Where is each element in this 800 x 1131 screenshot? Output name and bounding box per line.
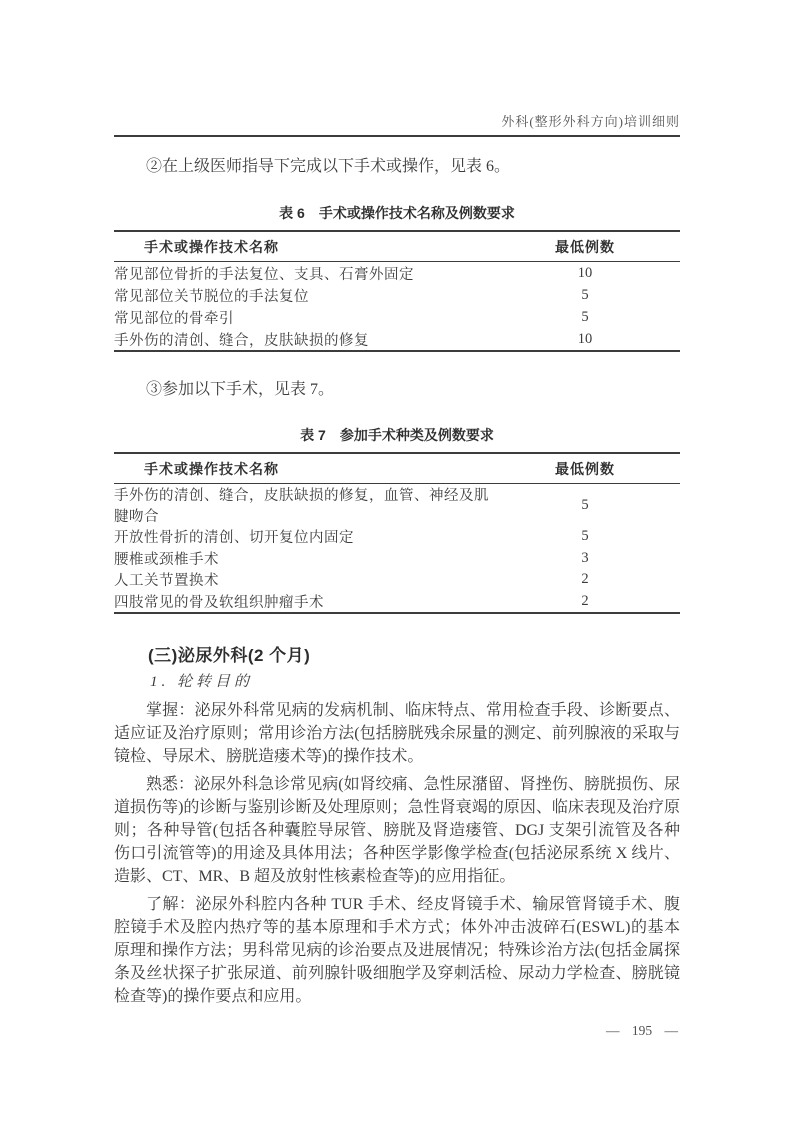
page-number: — 195 — <box>114 1022 680 1039</box>
paragraph-understand: 了解：泌尿外科腔内各种 TUR 手术、经皮肾镜手术、输尿管肾镜手术、腹腔镜手术及… <box>114 893 680 1008</box>
header-rule <box>114 135 680 137</box>
table7-title: 表 7 参加手术种类及例数要求 <box>114 427 680 444</box>
table7-header-row: 手术或操作技术名称 最低例数 <box>114 453 680 484</box>
table-row: 人工关节置换术 2 <box>114 569 680 591</box>
min-cases-value: 5 <box>490 484 680 527</box>
running-head: 外科(整形外科方向)培训细则 <box>114 0 680 131</box>
min-cases-value: 3 <box>490 548 680 570</box>
min-cases-value: 10 <box>490 262 680 285</box>
procedure-name: 手外伤的清创、缝合，皮肤缺损的修复，血管、神经及肌腱吻合 <box>114 484 490 527</box>
column-header-procedure: 手术或操作技术名称 <box>114 453 490 484</box>
table-row: 常见部位的骨牵引 5 <box>114 306 680 328</box>
min-cases-value: 5 <box>490 526 680 548</box>
table-row: 开放性骨折的清创、切开复位内固定 5 <box>114 526 680 548</box>
table6-title: 表 6 手术或操作技术名称及例数要求 <box>114 205 680 222</box>
table-row: 常见部位骨折的手法复位、支具、石膏外固定 10 <box>114 262 680 285</box>
subsection-heading-rotation-purpose: 1. 轮转目的 <box>114 673 680 692</box>
paragraph-familiar: 熟悉：泌尿外科急诊常见病(如肾绞痛、急性尿潴留、肾挫伤、膀胱损伤、尿道损伤等)的… <box>114 773 680 888</box>
page-number-text: — 195 — <box>606 1023 678 1038</box>
table-row: 手外伤的清创、缝合，皮肤缺损的修复 10 <box>114 328 680 351</box>
table6: 手术或操作技术名称 最低例数 常见部位骨折的手法复位、支具、石膏外固定 10 常… <box>114 230 680 352</box>
section-heading-urology: (三)泌尿外科(2 个月) <box>114 646 680 666</box>
intro-paragraph-table7: ③参加以下手术，见表 7。 <box>114 378 680 401</box>
min-cases-value: 2 <box>490 569 680 591</box>
min-cases-value: 2 <box>490 591 680 614</box>
procedure-name: 开放性骨折的清创、切开复位内固定 <box>114 526 490 548</box>
table-row: 四肢常见的骨及软组织肿瘤手术 2 <box>114 591 680 614</box>
min-cases-value: 5 <box>490 284 680 306</box>
procedure-name: 常见部位骨折的手法复位、支具、石膏外固定 <box>114 262 490 285</box>
procedure-name: 常见部位的骨牵引 <box>114 306 490 328</box>
document-page: 外科(整形外科方向)培训细则 ②在上级医师指导下完成以下手术或操作，见表 6。 … <box>114 0 680 1039</box>
column-header-min-cases: 最低例数 <box>490 453 680 484</box>
table6-header-row: 手术或操作技术名称 最低例数 <box>114 231 680 262</box>
min-cases-value: 5 <box>490 306 680 328</box>
column-header-procedure: 手术或操作技术名称 <box>114 231 490 262</box>
table-row: 腰椎或颈椎手术 3 <box>114 548 680 570</box>
procedure-name: 四肢常见的骨及软组织肿瘤手术 <box>114 591 490 614</box>
intro-paragraph-table6: ②在上级医师指导下完成以下手术或操作，见表 6。 <box>114 155 680 178</box>
column-header-min-cases: 最低例数 <box>490 231 680 262</box>
procedure-name: 人工关节置换术 <box>114 569 490 591</box>
table-row: 手外伤的清创、缝合，皮肤缺损的修复，血管、神经及肌腱吻合 5 <box>114 484 680 527</box>
procedure-name: 常见部位关节脱位的手法复位 <box>114 284 490 306</box>
procedure-name: 手外伤的清创、缝合，皮肤缺损的修复 <box>114 328 490 351</box>
procedure-name: 腰椎或颈椎手术 <box>114 548 490 570</box>
table7: 手术或操作技术名称 最低例数 手外伤的清创、缝合，皮肤缺损的修复，血管、神经及肌… <box>114 452 680 614</box>
table-row: 常见部位关节脱位的手法复位 5 <box>114 284 680 306</box>
min-cases-value: 10 <box>490 328 680 351</box>
paragraph-master: 掌握：泌尿外科常见病的发病机制、临床特点、常用检查手段、诊断要点、适应证及治疗原… <box>114 699 680 768</box>
